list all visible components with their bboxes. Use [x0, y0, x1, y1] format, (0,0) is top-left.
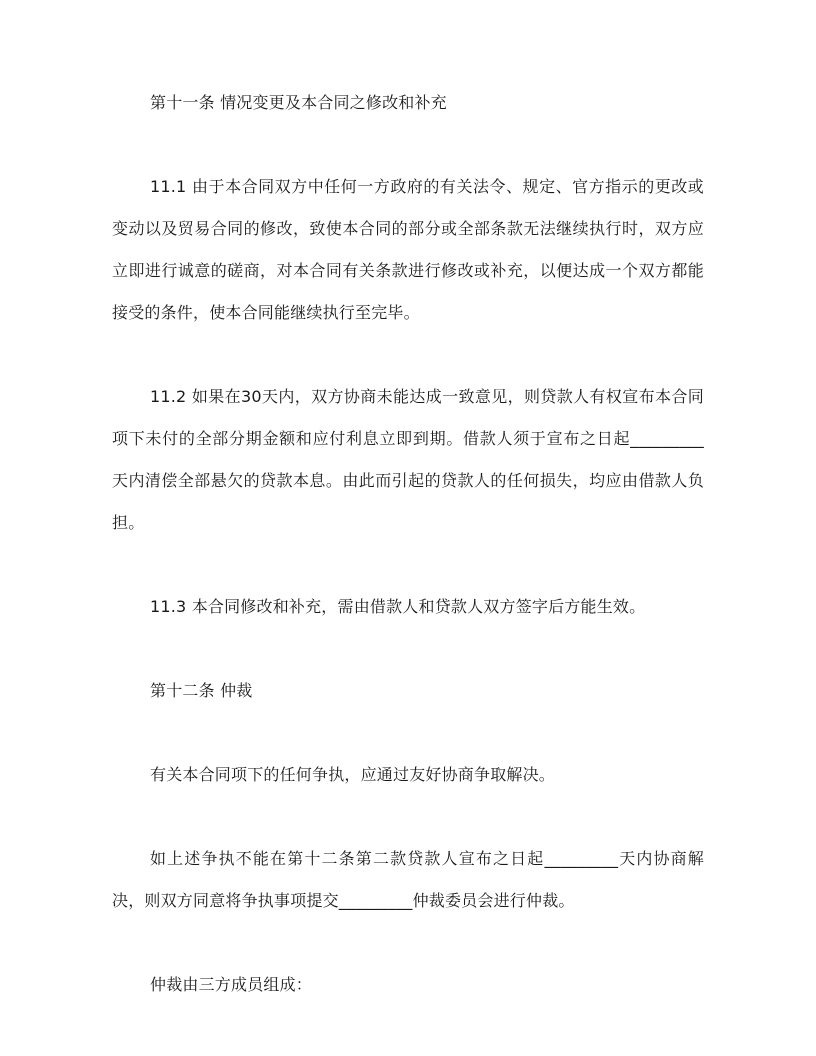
article-12-paragraph-1: 有关本合同项下的任何争执，应通过友好协商争取解决。	[112, 754, 704, 796]
article-12-paragraph-3: 仲裁由三方成员组成：	[112, 964, 704, 1006]
clause-11-2: 11.2 如果在30天内，双方协商未能达成一致意见，则贷款人有权宣布本合同项下未…	[112, 376, 704, 544]
article-11-heading: 第十一条 情况变更及本合同之修改和补充	[112, 82, 704, 124]
clause-11-1: 11.1 由于本合同双方中任何一方政府的有关法令、规定、官方指示的更改或变动以及…	[112, 166, 704, 334]
article-12-heading: 第十二条 仲裁	[112, 670, 704, 712]
article-12-paragraph-2: 如上述争执不能在第十二条第二款贷款人宣布之日起_________天内协商解决，则…	[112, 838, 704, 922]
contract-document-page: 第十一条 情况变更及本合同之修改和补充 11.1 由于本合同双方中任何一方政府的…	[0, 0, 816, 1056]
clause-11-3: 11.3 本合同修改和补充，需由借款人和贷款人双方签字后方能生效。	[112, 586, 704, 628]
